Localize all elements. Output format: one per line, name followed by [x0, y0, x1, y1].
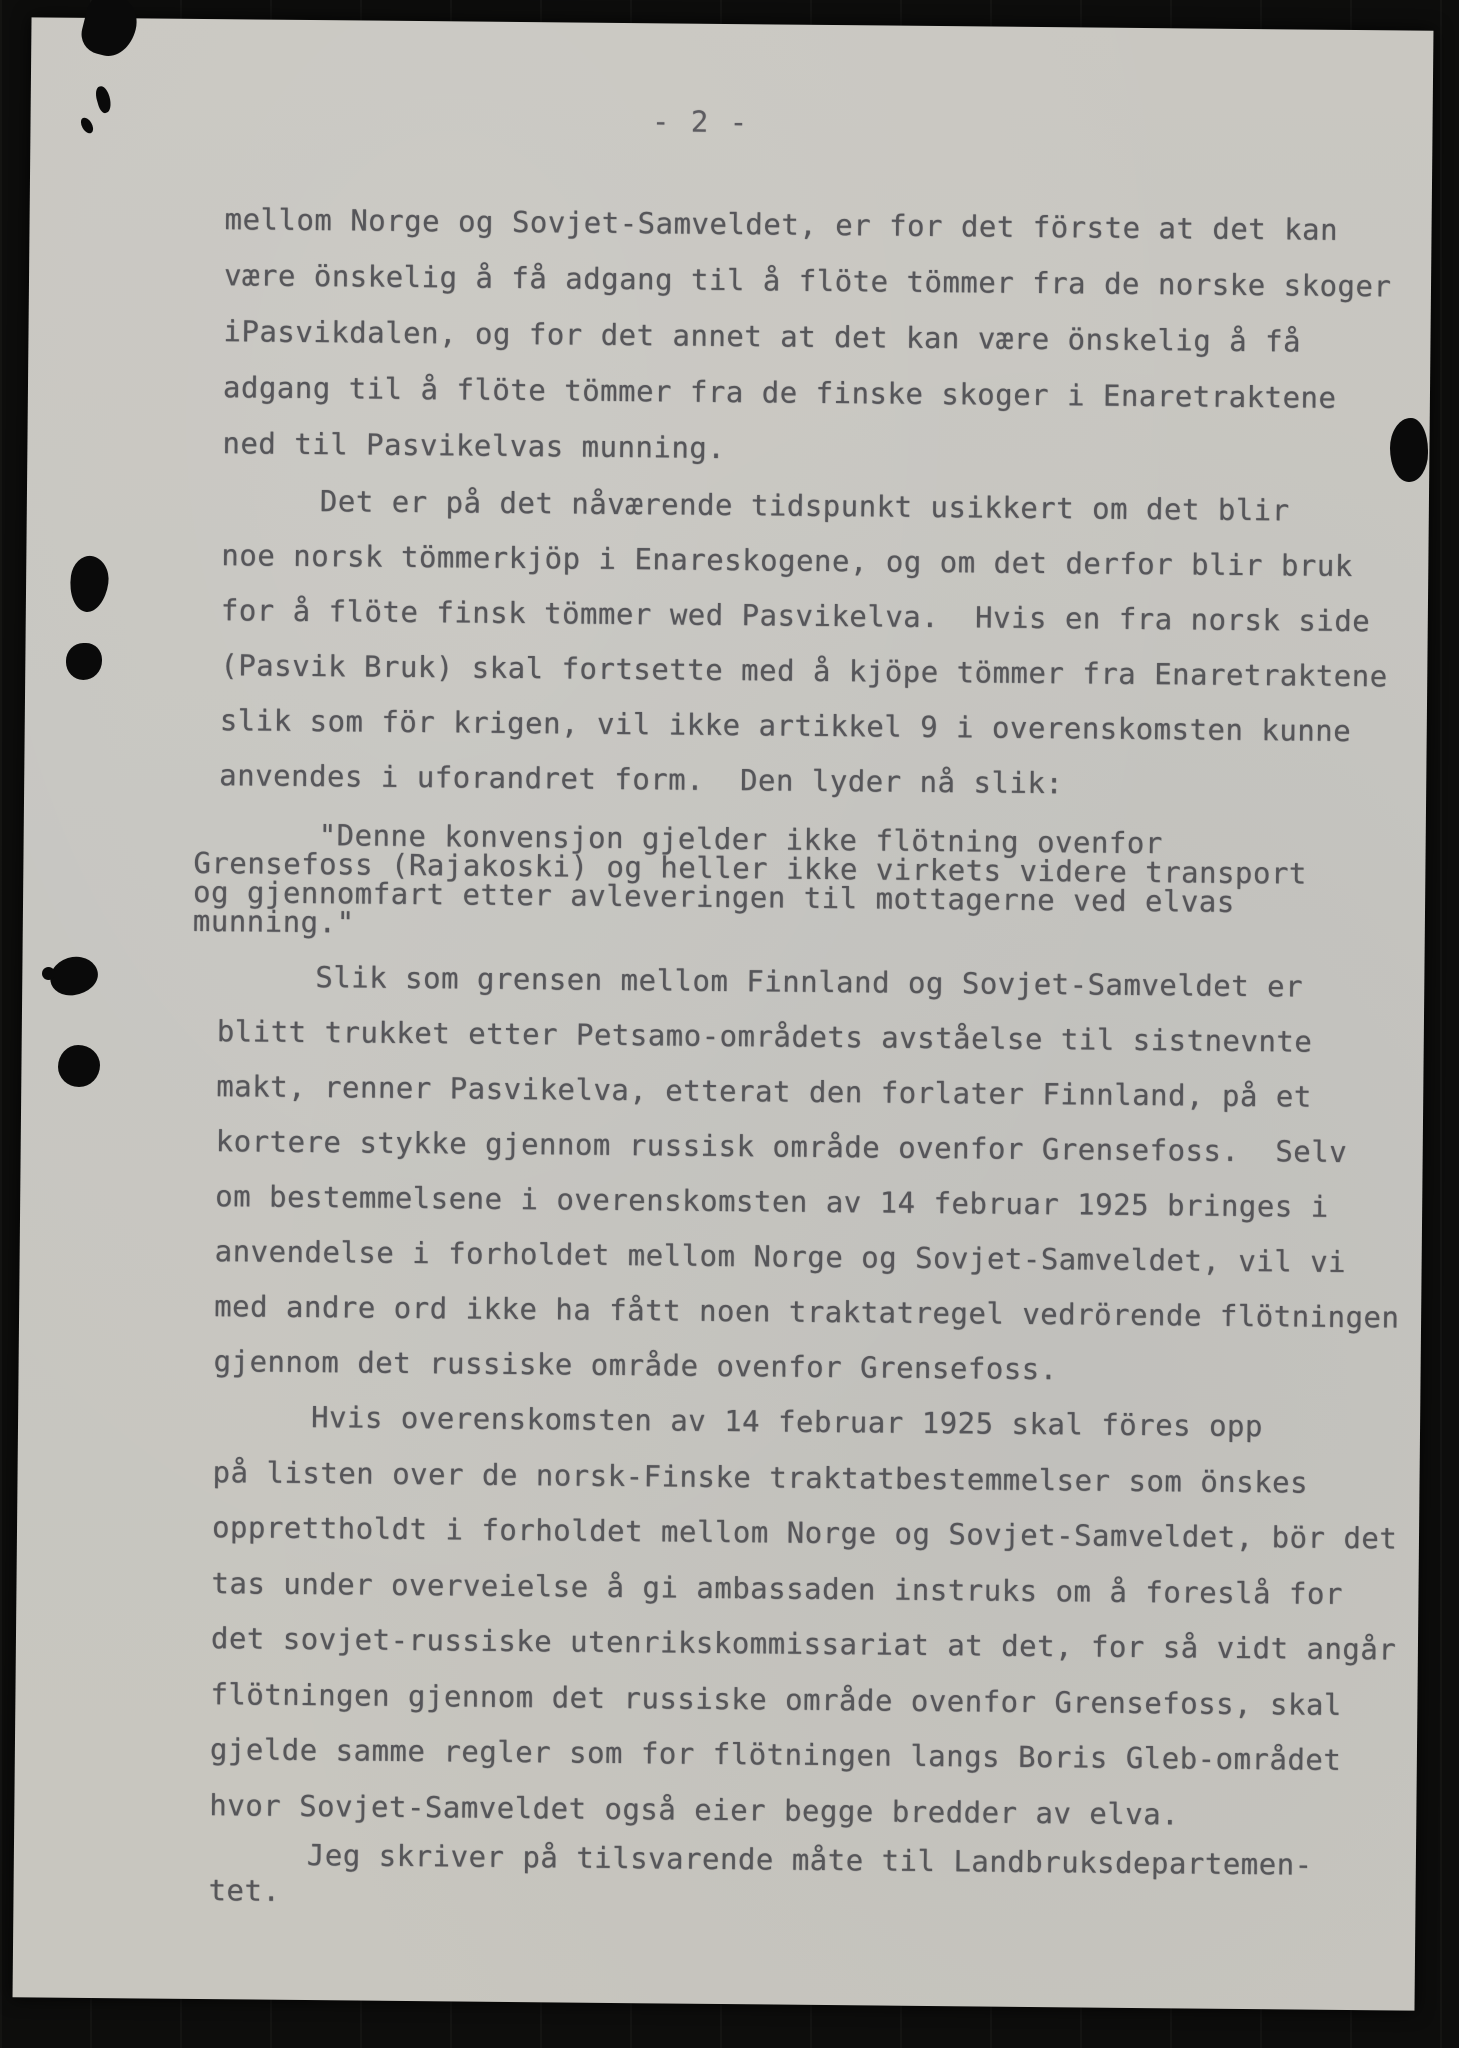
paragraph-1: mellom Norge og Sovjet-Samveldet, er for… — [222, 191, 1392, 482]
text-line: ned til Pasvikelvas munning. — [222, 415, 1390, 482]
hole-punch-mark — [58, 1045, 100, 1087]
ink-blot-right-edge — [1390, 418, 1428, 482]
paragraph-3: Slik som grensen mellom Finnland og Sovj… — [213, 949, 1402, 1400]
text-line: tet. — [208, 1873, 280, 1908]
paragraph-4: Hvis overenskomsten av 14 februar 1925 s… — [209, 1389, 1399, 1844]
text-line: hvor Sovjet-Samveldet også eier begge br… — [209, 1778, 1395, 1845]
document-page: - 2 - mellom Norge og Sovjet-Samveldet, … — [13, 17, 1434, 2010]
scanned-document-background: - 2 - mellom Norge og Sovjet-Samveldet, … — [0, 0, 1459, 2048]
text-line: Jeg skriver på tilsvarende måte til Land… — [209, 1837, 1313, 1882]
quoted-convention-text: "Denne konvensjon gjelder ikke flötning … — [193, 820, 1308, 947]
ink-speck — [42, 967, 55, 980]
paragraph-2: Det er på det nåværende tidspunkt usikke… — [219, 473, 1389, 814]
page-number: - 2 - — [600, 104, 800, 140]
text-line: anvendes i uforandret form. Den lyder nå… — [219, 748, 1387, 814]
